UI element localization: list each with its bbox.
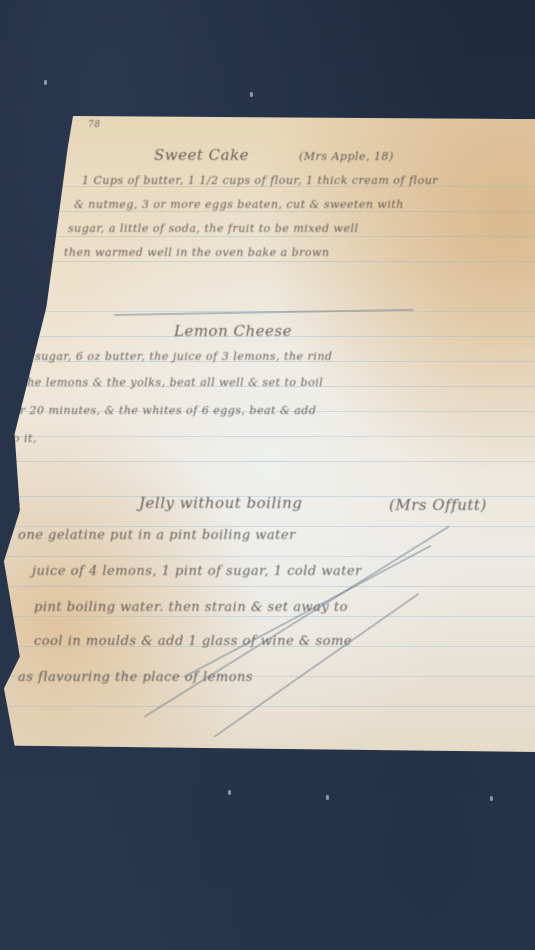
recipe-line: 1 lb sugar, 6 oz butter, the juice of 3 … [8,350,332,363]
recipe-heading: Jelly without boiling [139,494,302,512]
pencil-strike [143,525,449,717]
recipe-line: sugar, a little of soda, the fruit to be… [68,222,359,235]
recipe-heading: Lemon Cheese [174,322,292,340]
recipe-source: (Mrs Apple, 18) [299,150,394,163]
manuscript-page: 78 Sweet Cake (Mrs Apple, 18) 1 Cups of … [4,116,535,752]
recipe-line: cool in moulds & add 1 glass of wine & s… [34,634,352,649]
lint-speck [44,80,47,85]
lint-speck [250,92,253,97]
recipe-heading: Sweet Cake [154,146,249,164]
recipe-source: (Mrs Offutt) [389,496,487,514]
recipe-line: for 20 minutes, & the whites of 6 eggs, … [8,404,316,417]
page-number: 78 [88,120,100,130]
recipe-line: as flavouring the place of lemons [18,670,253,685]
lint-speck [326,795,329,800]
recipe-line: & the lemons & the yolks, beat all well … [8,376,323,389]
recipe-line: juice of 4 lemons, 1 pint of sugar, 1 co… [32,564,362,579]
pencil-strike [114,309,414,316]
lint-speck [228,790,231,795]
recipe-line: 1 Cups of butter, 1 1/2 cups of flour, 1… [82,174,438,187]
recipe-line: & nutmeg, 3 or more eggs beaten, cut & s… [74,198,404,211]
recipe-line: then warmed well in the oven bake a brow… [64,246,330,259]
lint-speck [490,796,493,801]
recipe-line: one gelatine put in a pint boiling water [18,528,296,543]
